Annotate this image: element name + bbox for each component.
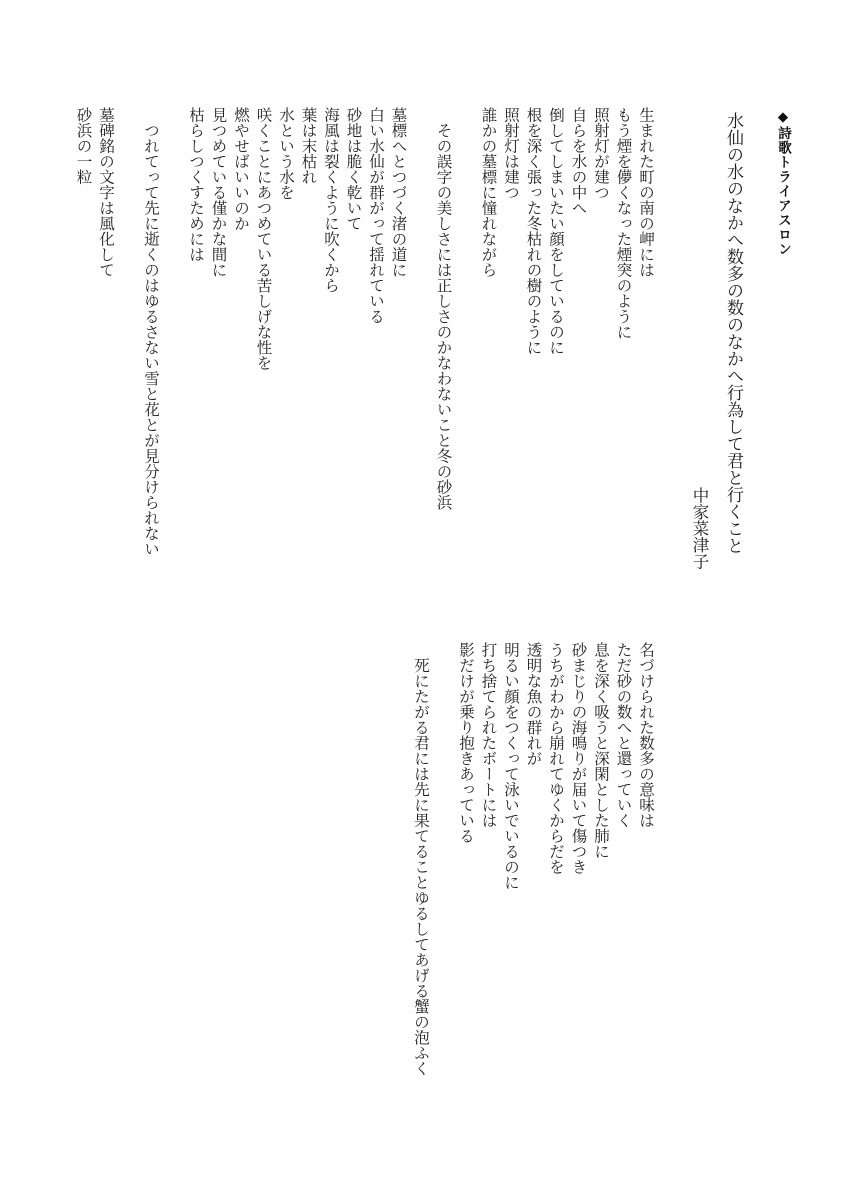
poem-line: 誰かの墓標に憧れながら bbox=[476, 107, 499, 557]
poem-line: もう煙を儚くなった煙突のように bbox=[611, 107, 634, 557]
author-name: 中家菜津子 bbox=[687, 487, 711, 570]
blank-line bbox=[409, 107, 432, 557]
poem-line: 白い水仙が群がって揺れている bbox=[364, 107, 387, 557]
poem-line: うちがわから崩れてゆくからだを bbox=[544, 642, 567, 1076]
blank-line bbox=[431, 642, 454, 1076]
poem-title: 水仙の水のなかへ数多の数のなかへ行為して君と行くこと bbox=[721, 112, 746, 554]
poem-line: 死にたがる君には先に果てることゆるしてあげる蟹の泡ふく bbox=[409, 642, 432, 1076]
poem-line: 生まれた町の南の岬には bbox=[634, 107, 657, 557]
poem-line: 照射灯が建つ bbox=[589, 107, 612, 557]
poem-line: 砂まじりの海鳴りが届いて傷つき bbox=[566, 642, 589, 1076]
blank-line bbox=[161, 107, 184, 557]
poem-line: 砂地は脆く乾いて bbox=[341, 107, 364, 557]
poem-line: 名づけられた数多の意味は bbox=[634, 642, 657, 1076]
poem-line: 墓標へとつづく渚の道に bbox=[386, 107, 409, 557]
poem-line: 透明な魚の群れが bbox=[521, 642, 544, 1076]
poem-line: 倒してしまいたい顔をしているのに bbox=[544, 107, 567, 557]
poem-line: その誤字の美しさには正しさのかなわないこと冬の砂浜 bbox=[431, 107, 454, 557]
poem-line: 葉は末枯れ bbox=[296, 107, 319, 557]
poem-line: 照射灯は建つ bbox=[499, 107, 522, 557]
poem-line: 燃やせばいいのか bbox=[229, 107, 252, 557]
blank-line bbox=[116, 107, 139, 557]
poem-line: 明るい顔をつくって泳いでいるのに bbox=[499, 642, 522, 1076]
poem-line: 打ち捨てられたボートには bbox=[476, 642, 499, 1076]
stanza-1: 生まれた町の南の岬には もう煙を儚くなった煙突のように 照射灯が建つ 自らを水の… bbox=[71, 107, 656, 557]
poem-line: 自らを水の中へ bbox=[566, 107, 589, 557]
poem-line: 影だけが乗り抱きあっている bbox=[454, 642, 477, 1076]
poem-line: 海風は裂くように吹くから bbox=[319, 107, 342, 557]
poem-line: 根を深く張った冬枯れの樹のように bbox=[521, 107, 544, 557]
poem-line: 息を深く吸うと深閑とした肺に bbox=[589, 642, 612, 1076]
stanza-2: 名づけられた数多の意味は ただ砂の数へと還っていく 息を深く吸うと深閑とした肺に… bbox=[409, 642, 657, 1076]
poem-line: 墓碑銘の文字は風化して bbox=[94, 107, 117, 557]
poem-line: 咲くことにあつめている苦しげな性を bbox=[251, 107, 274, 557]
poem-line: つれてって先に逝くのはゆるさない雪と花とが見分けられない bbox=[139, 107, 162, 557]
poem-line: 水という水を bbox=[274, 107, 297, 557]
blank-line bbox=[454, 107, 477, 557]
section-header: ◆詩歌トライアスロン bbox=[773, 109, 793, 257]
poem-line: 見つめている僅かな間に bbox=[206, 107, 229, 557]
poetry-page: ◆詩歌トライアスロン 水仙の水のなかへ数多の数のなかへ行為して君と行くこと 中家… bbox=[0, 0, 850, 1193]
poem-line: 枯らしつくすためには bbox=[184, 107, 207, 557]
poem-line: ただ砂の数へと還っていく bbox=[611, 642, 634, 1076]
poem-line: 砂浜の一粒 bbox=[71, 107, 94, 557]
